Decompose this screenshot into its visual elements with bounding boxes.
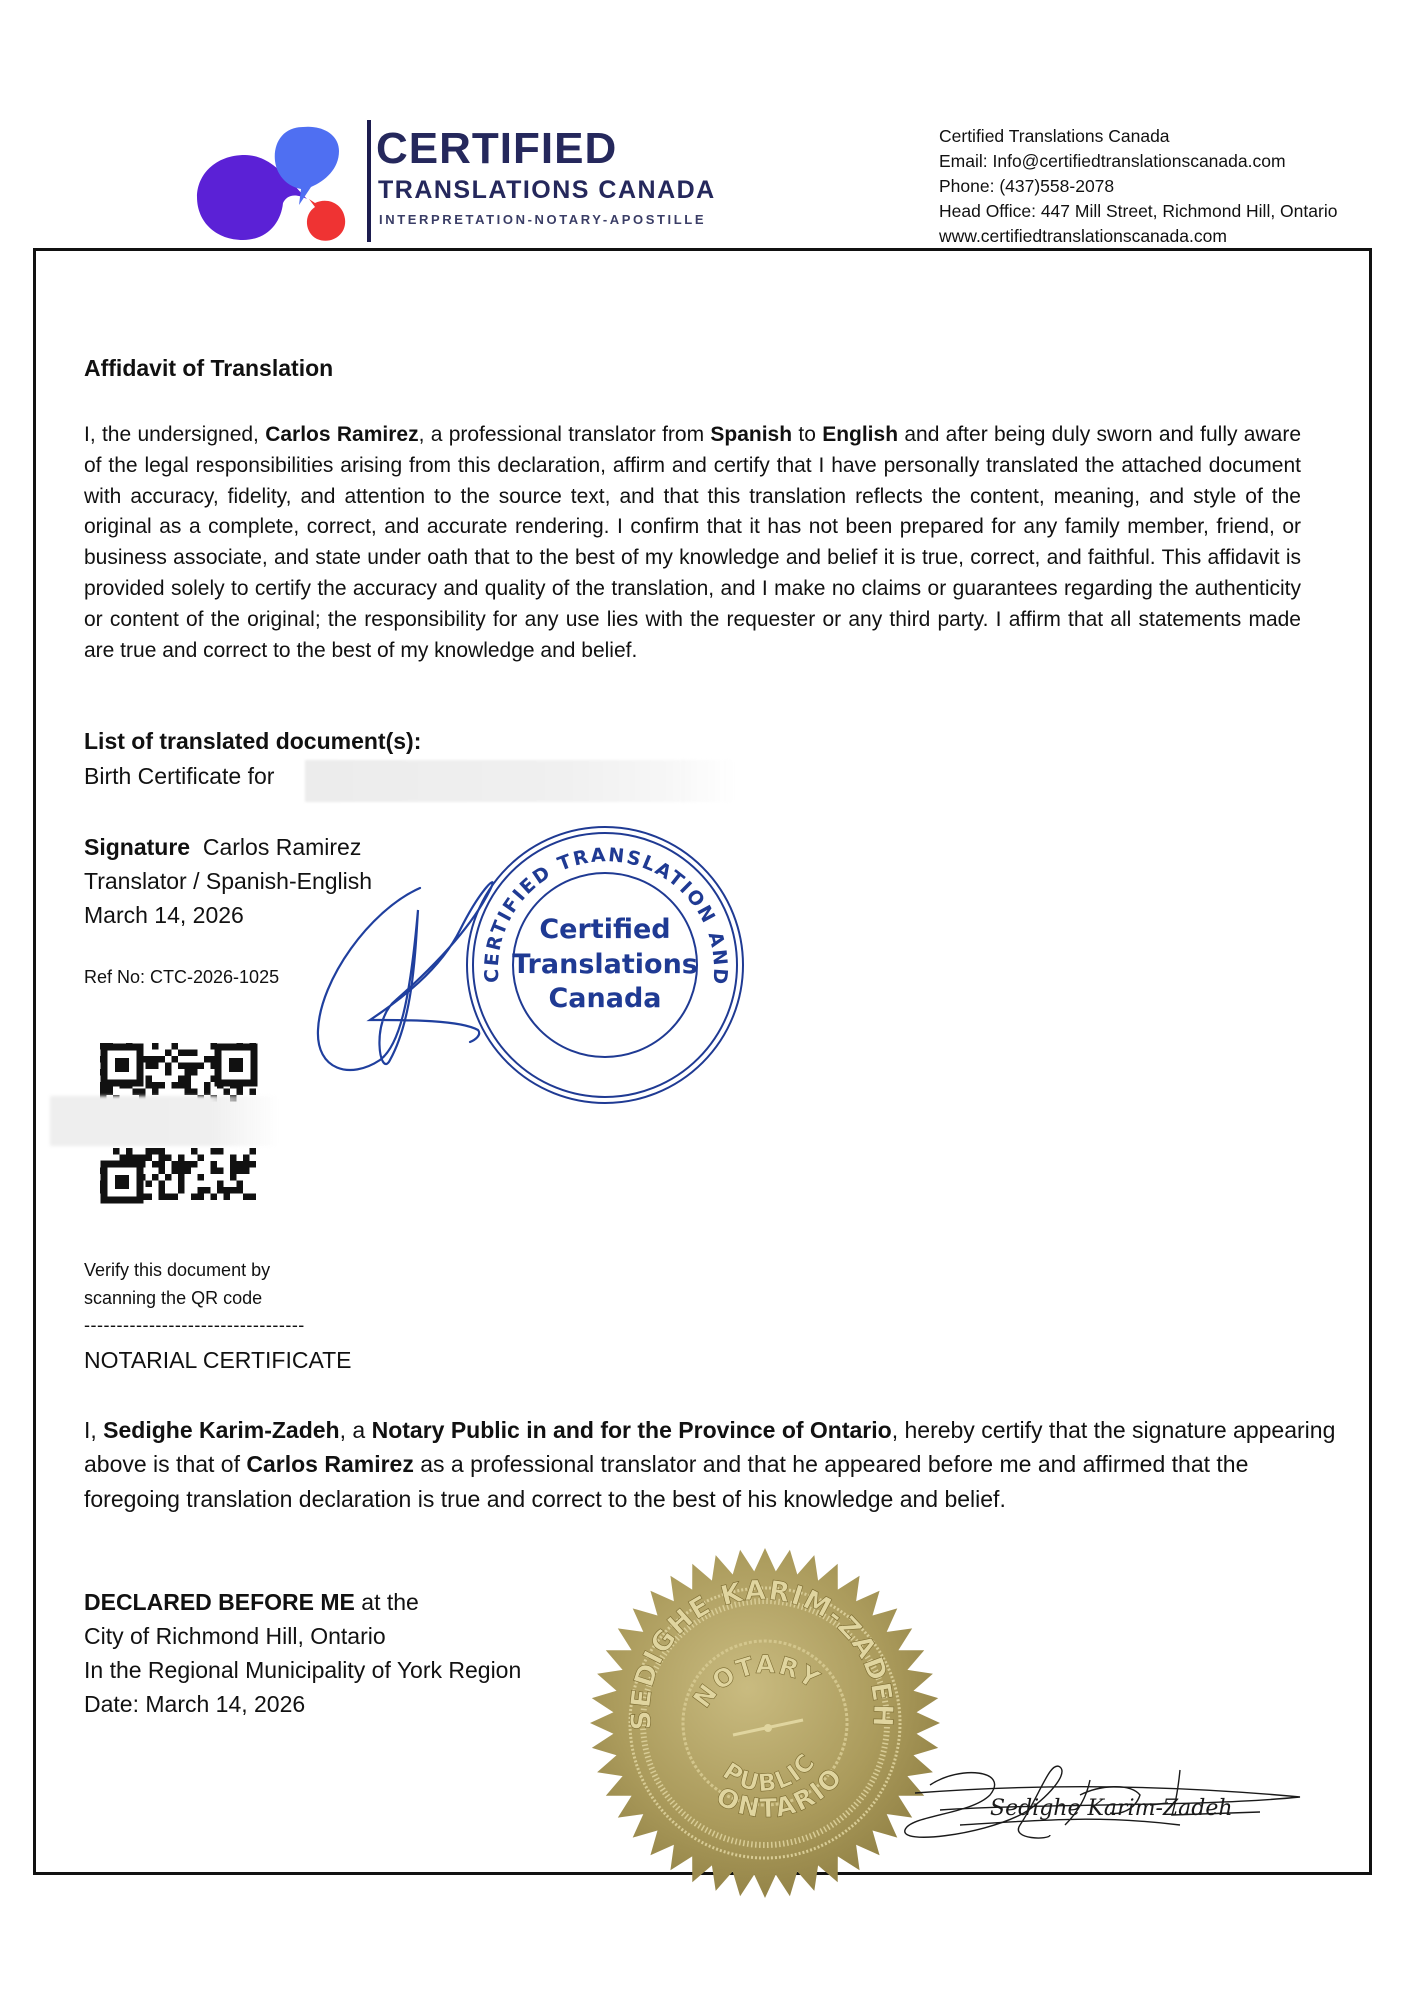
- translator-signature-icon: [300, 870, 560, 1100]
- contact-email[interactable]: Email: Info@certifiedtranslationscanada.…: [939, 149, 1337, 174]
- affidavit-title: Affidavit of Translation: [84, 355, 333, 382]
- contact-phone[interactable]: Phone: (437)558-2078: [939, 174, 1337, 199]
- target-language: English: [822, 423, 898, 446]
- stamp-center-line-3: Canada: [548, 983, 661, 1014]
- qr-code-bottom-icon[interactable]: [100, 1148, 258, 1204]
- text-span: , a: [340, 1417, 372, 1443]
- verify-line-2: scanning the QR code: [84, 1284, 270, 1312]
- company-logo-icon: [195, 115, 365, 245]
- contact-company: Certified Translations Canada: [939, 124, 1337, 149]
- text-span: , a professional translator from: [419, 423, 711, 446]
- verify-line-1: Verify this document by: [84, 1256, 270, 1284]
- notarial-body: I, Sedighe Karim-Zadeh, a Notary Public …: [84, 1413, 1344, 1516]
- redacted-name: [305, 760, 735, 802]
- document-item: Birth Certificate for: [84, 763, 274, 790]
- reference-number: Ref No: CTC-2026-1025: [84, 967, 279, 988]
- verify-note: Verify this document by scanning the QR …: [84, 1256, 270, 1312]
- signer-name: Carlos Ramirez: [203, 834, 361, 860]
- contact-address: Head Office: 447 Mill Street, Richmond H…: [939, 199, 1337, 224]
- documents-heading: List of translated document(s):: [84, 728, 421, 755]
- declared-city: City of Richmond Hill, Ontario: [84, 1619, 521, 1653]
- brand-tagline: INTERPRETATION-NOTARY-APOSTILLE: [379, 212, 706, 227]
- brand-subtitle: TRANSLATIONS CANADA: [378, 176, 716, 205]
- notary-signature-text: Sedighe Karim-Zadeh: [990, 1796, 1233, 1821]
- notary-seal: SEDIGHE KARIM-ZADEH ONTARIO NOTARY PUBLI…: [585, 1545, 945, 1900]
- text-span: I,: [84, 1417, 103, 1443]
- logo-divider: [367, 120, 371, 242]
- text-span: at the: [355, 1589, 419, 1615]
- notary-name: Sedighe Karim-Zadeh: [103, 1417, 339, 1443]
- text-span: I, the undersigned,: [84, 423, 265, 446]
- signature-label: Signature: [84, 834, 190, 860]
- contact-info: Certified Translations Canada Email: Inf…: [939, 124, 1337, 249]
- declared-region: In the Regional Municipality of York Reg…: [84, 1653, 521, 1687]
- translator-name: Carlos Ramirez: [246, 1451, 413, 1477]
- translator-name: Carlos Ramirez: [265, 423, 418, 446]
- declared-label: DECLARED BEFORE ME: [84, 1589, 355, 1615]
- text-span: to: [792, 423, 822, 446]
- brand-name: CERTIFIED: [376, 124, 617, 174]
- source-language: Spanish: [710, 423, 792, 446]
- declaration-block: DECLARED BEFORE ME at the City of Richmo…: [84, 1585, 521, 1721]
- contact-website[interactable]: www.certifiedtranslationscanada.com: [939, 224, 1337, 249]
- redacted-qr-band: [50, 1096, 280, 1146]
- notary-role: Notary Public in and for the Province of…: [372, 1417, 892, 1443]
- declared-date: Date: March 14, 2026: [84, 1687, 521, 1721]
- text-span: and after being duly sworn and fully awa…: [84, 423, 1301, 662]
- notarial-heading: NOTARIAL CERTIFICATE: [84, 1347, 352, 1374]
- separator-line: ----------------------------------: [84, 1315, 305, 1336]
- notary-signature-icon: Sedighe Karim-Zadeh: [900, 1755, 1320, 1855]
- affidavit-body: I, the undersigned, Carlos Ramirez, a pr…: [84, 420, 1301, 666]
